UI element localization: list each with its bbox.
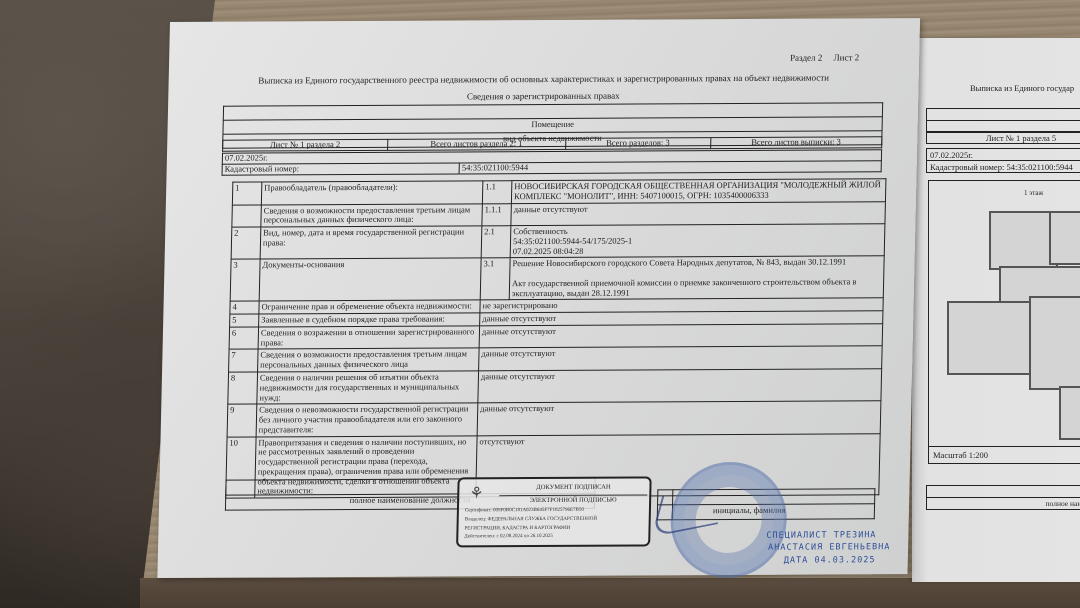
row-label: Сведения о возражении в отношении зареги… xyxy=(258,326,480,350)
row-value: данные отсутствуют xyxy=(479,324,883,349)
row-label: Документы-основания xyxy=(259,258,481,301)
row-number: 3 xyxy=(230,259,260,301)
document-page-left: Раздел 2 Лист 2 Выписка из Единого госуд… xyxy=(157,18,920,578)
cadastral-label: Кадастровый номер: xyxy=(222,163,460,175)
row-label: Сведения о возможности предоставления тр… xyxy=(261,203,483,227)
row-subnumber: 1.1 xyxy=(482,181,512,204)
header-box xyxy=(926,108,1080,133)
row-label: Сведения о наличии решения об изъятии об… xyxy=(257,371,479,404)
row-value: НОВОСИБИРСКАЯ ГОРОДСКАЯ ОБЩЕСТВЕННАЯ ОРГ… xyxy=(511,179,886,203)
row-label: Правообладатель (правообладатели): xyxy=(261,181,483,205)
table-row: 3Документы-основания3.1Решение Новосибир… xyxy=(230,256,884,301)
row-label: Вид, номер, дата и время государственной… xyxy=(260,226,482,259)
position-box: полное наименовани xyxy=(926,485,1080,510)
date-cadastral-box: 07.02.2025г. Кадастровый номер: 54:35:02… xyxy=(222,149,883,175)
floor-plan: 1 этаж Масштаб 1:200 xyxy=(928,180,1080,464)
section-sheet-label: Раздел 2 Лист 2 xyxy=(790,52,859,63)
document-page-right: Выписка из Единого государ Лист № 1 разд… xyxy=(912,38,1080,582)
coat-of-arms-icon: ⚘ xyxy=(469,483,488,505)
row-subnumber: 3.1 xyxy=(480,258,510,300)
row-number: 1 xyxy=(232,182,262,205)
table-row: 2Вид, номер, дата и время государственно… xyxy=(231,224,885,260)
specialist-stamp-line1: СПЕЦИАЛИСТ ТРЕЗИНА xyxy=(766,530,876,541)
row-value: Собственность 54:35:021100:5944-54/175/2… xyxy=(510,224,885,258)
row-label: Сведения о невозможности государственной… xyxy=(256,403,478,436)
row-number: 5 xyxy=(230,314,259,327)
row-value: Решение Новосибирского городского Совета… xyxy=(509,256,884,300)
row-label: Сведения о возможности предоставления тр… xyxy=(258,348,480,372)
sheet-info: Лист № 1 раздела 5 xyxy=(926,131,1080,144)
row-value: данные отсутствуют xyxy=(511,201,886,225)
stamp-date: ДАТА 04.03.2025 xyxy=(784,555,876,565)
electronic-signature-box: ⚘ ДОКУМЕНТ ПОДПИСАН ЭЛЕКТРОННОЙ ПОДПИСЬЮ… xyxy=(456,476,652,547)
floor-label: 1 этаж xyxy=(1024,189,1043,197)
specialist-stamp-line2: АНАСТАСИЯ ЕВГЕНЬЕВНА xyxy=(768,542,891,553)
row-subnumber: 2.1 xyxy=(481,226,511,258)
background-desk-edge xyxy=(140,578,1080,608)
row-label: Заявленные в судебном порядке права треб… xyxy=(259,313,480,327)
row-number: 6 xyxy=(229,327,259,350)
row-number: 4 xyxy=(230,301,259,314)
table-row: 9Сведения о невозможности государственно… xyxy=(227,401,881,437)
row-value: данные отсутствуют xyxy=(477,401,881,435)
row-number: 9 xyxy=(227,404,257,436)
page-title-partial: Выписка из Единого государ xyxy=(970,84,1074,94)
table-row: 8Сведения о наличии решения об изъятии о… xyxy=(228,369,882,405)
cadastral-number: 54:35:021100:5944 xyxy=(459,161,881,174)
row-number: 7 xyxy=(229,349,259,372)
row-value: данные отсутствуют xyxy=(479,346,883,371)
page-subtitle: Сведения о зарегистрированных правах xyxy=(168,89,918,103)
rights-table: 1Правообладатель (правообладатели):1.1НО… xyxy=(225,178,886,499)
row-subnumber: 1.1.1 xyxy=(482,203,512,226)
row-value: данные отсутствуют xyxy=(478,369,882,403)
scale-label: Масштаб 1:200 xyxy=(933,451,988,461)
row-number: 2 xyxy=(231,227,261,259)
page-title: Выписка из Единого государственного реес… xyxy=(169,72,919,86)
date-cadastral: 07.02.2025г. Кадастровый номер: 54:35:02… xyxy=(926,148,1080,173)
row-number: 8 xyxy=(228,372,258,404)
row-label: Ограничение прав и обременение объекта н… xyxy=(259,300,480,314)
row-number xyxy=(232,205,262,228)
